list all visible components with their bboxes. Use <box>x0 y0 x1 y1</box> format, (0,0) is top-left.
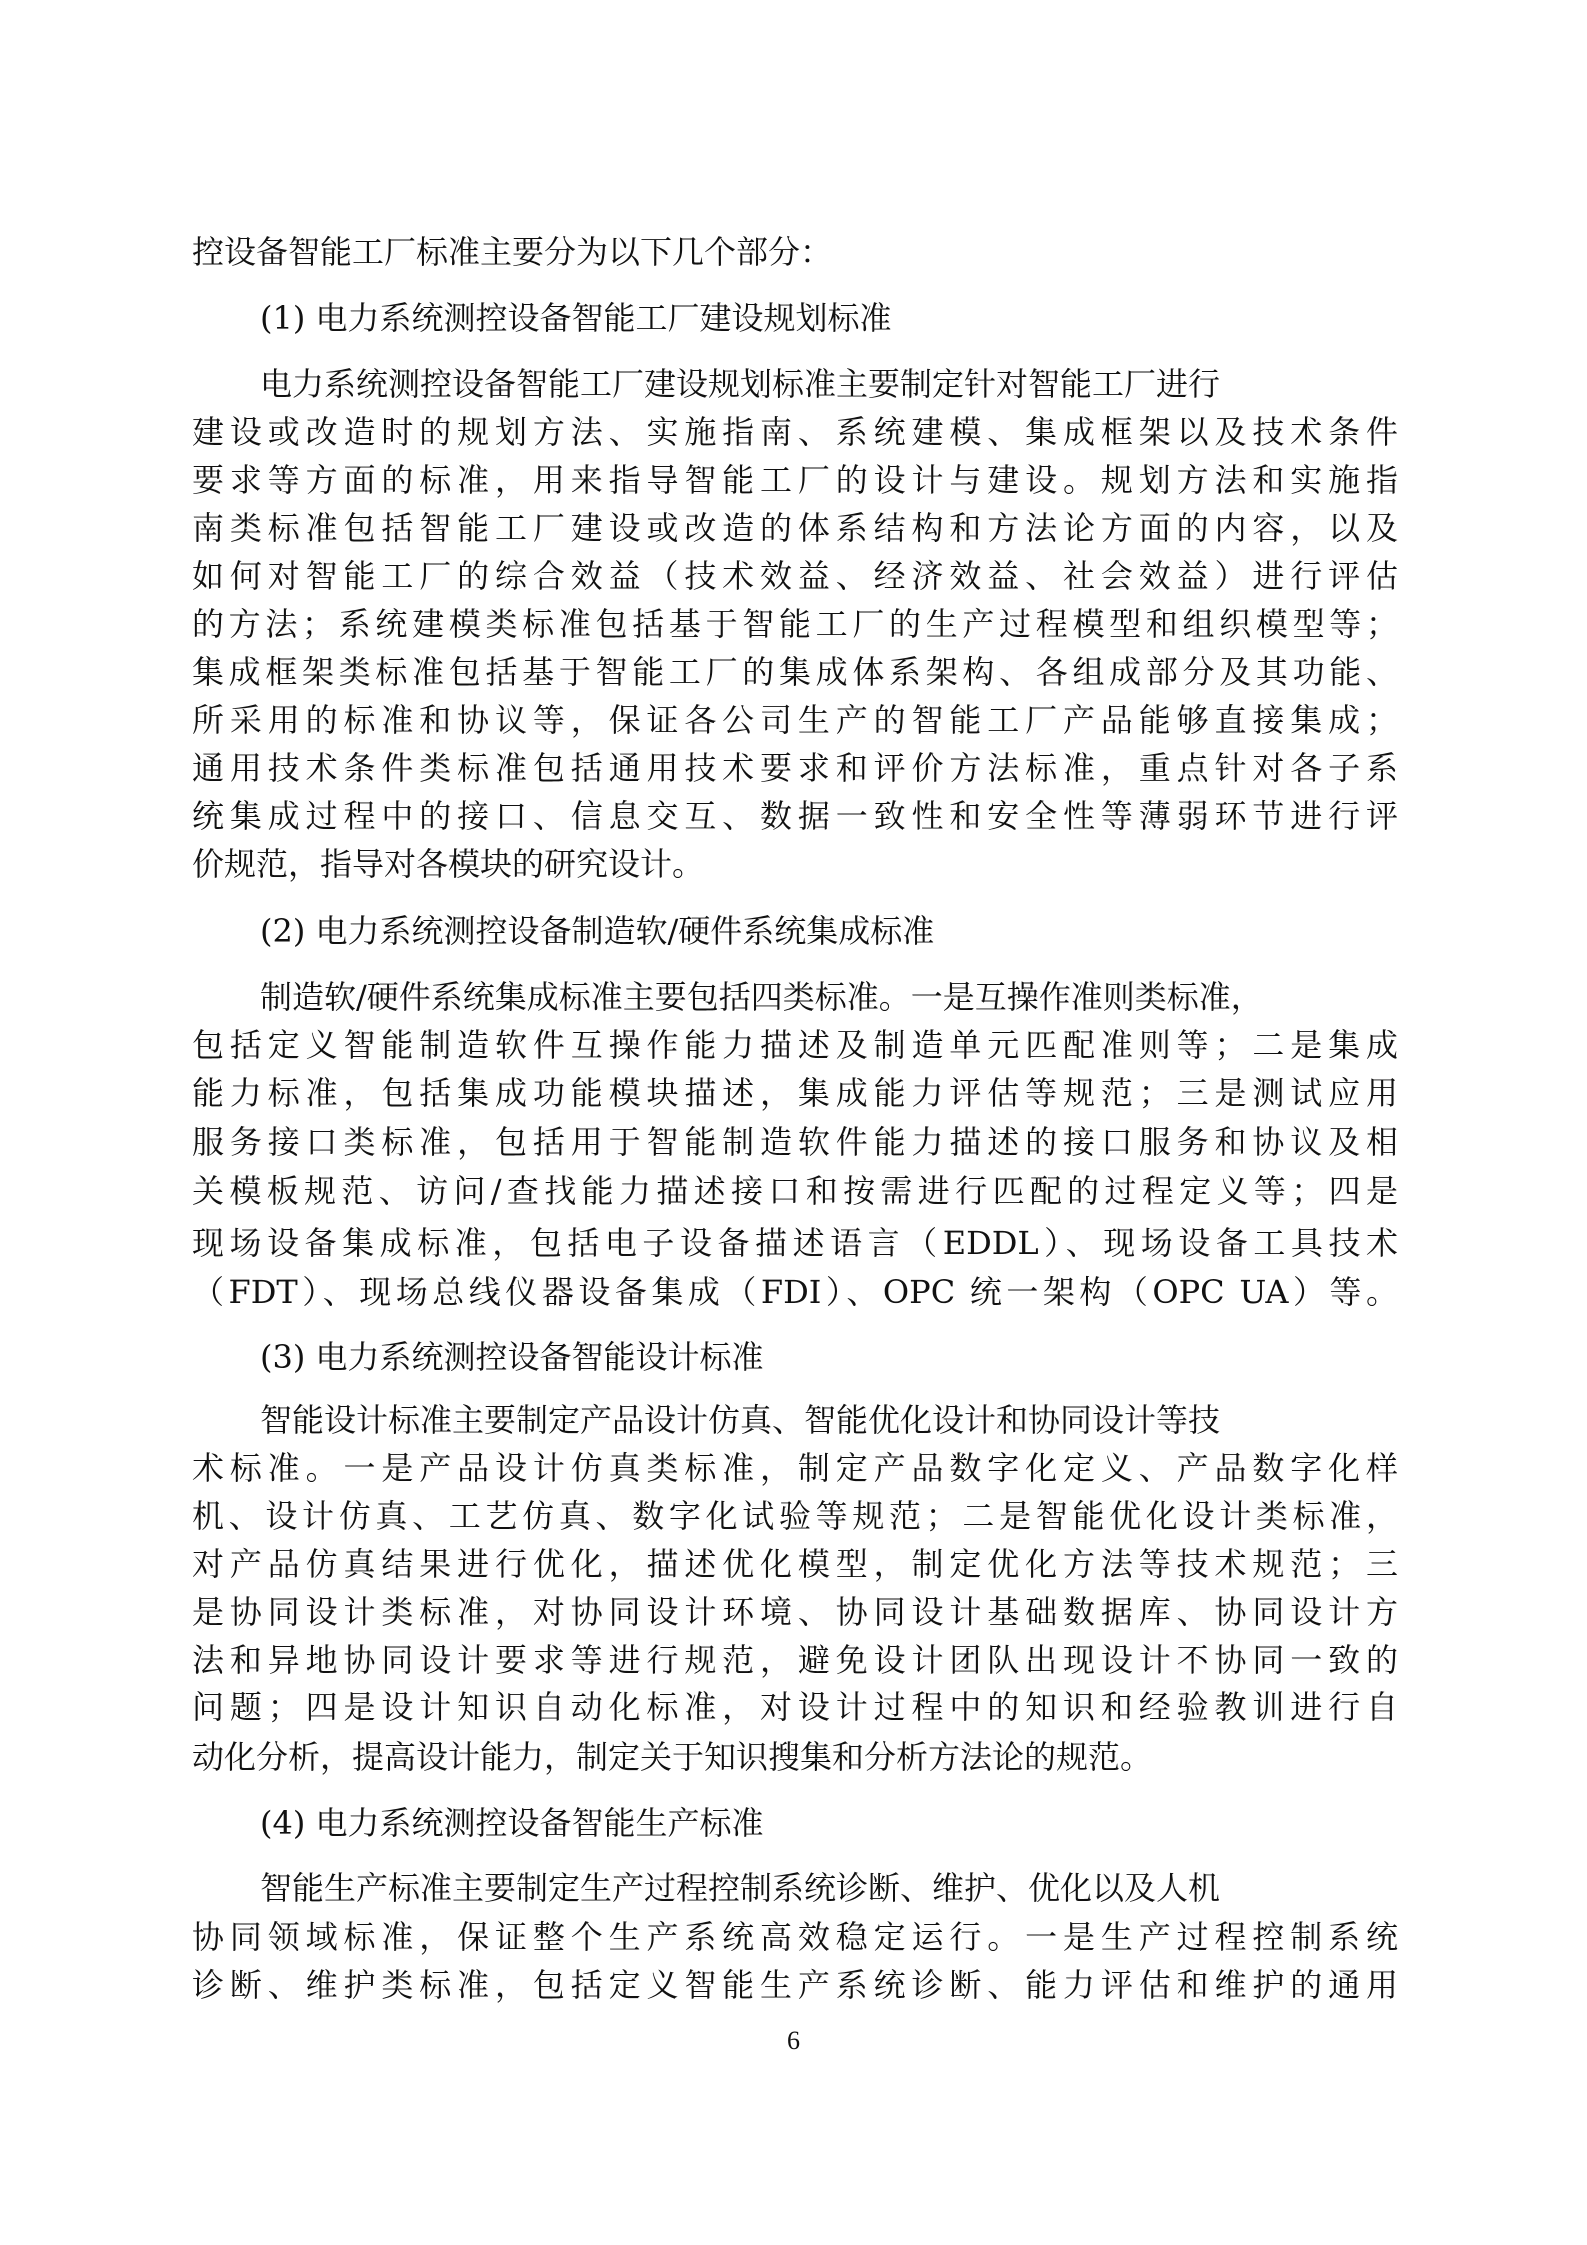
text-line: 问题；四是设计知识自动化标准，对设计过程中的知识和经验教训进行自 <box>192 1683 1398 1731</box>
text-line: 集成框架类标准包括基于智能工厂的集成体系架构、各组成部分及其功能、 <box>192 648 1398 696</box>
text-line: 协同领域标准，保证整个生产系统高效稳定运行。一是生产过程控制系统 <box>192 1913 1398 1961</box>
text-line: 智能生产标准主要制定生产过程控制系统诊断、维护、优化以及人机 <box>260 1864 1398 1912</box>
text-line: 关模板规范、访问/查找能力描述接口和按需进行匹配的过程定义等；四是 <box>192 1167 1398 1215</box>
text-line: 控设备智能工厂标准主要分为以下几个部分： <box>192 228 832 276</box>
text-line: 通用技术条件类标准包括通用技术要求和评价方法标准，重点针对各子系 <box>192 744 1398 792</box>
document-page: 控设备智能工厂标准主要分为以下几个部分：(1) 电力系统测控设备智能工厂建设规划… <box>0 0 1587 2245</box>
text-line: 统集成过程中的接口、信息交互、数据一致性和安全性等薄弱环节进行评 <box>192 792 1398 840</box>
text-line: 制造软/硬件系统集成标准主要包括四类标准。一是互操作准则类标准， <box>260 973 1398 1021</box>
text-line: 的方法；系统建模类标准包括基于智能工厂的生产过程模型和组织模型等； <box>192 600 1398 648</box>
section-heading: (2) 电力系统测控设备制造软/硬件系统集成标准 <box>260 907 934 955</box>
text-line: 法和异地协同设计要求等进行规范，避免设计团队出现设计不协同一致的 <box>192 1636 1398 1684</box>
text-line: 能力标准，包括集成功能模块描述，集成能力评估等规范；三是测试应用 <box>192 1069 1398 1117</box>
text-line: 要求等方面的标准，用来指导智能工厂的设计与建设。规划方法和实施指 <box>192 456 1398 504</box>
section-heading: (3) 电力系统测控设备智能设计标准 <box>260 1333 764 1381</box>
text-line: 机、设计仿真、工艺仿真、数字化试验等规范；二是智能优化设计类标准， <box>192 1492 1398 1540</box>
text-line: 是协同设计类标准，对协同设计环境、协同设计基础数据库、协同设计方 <box>192 1588 1398 1636</box>
text-line: 建设或改造时的规划方法、实施指南、系统建模、集成框架以及技术条件 <box>192 408 1398 456</box>
text-line: 智能设计标准主要制定产品设计仿真、智能优化设计和协同设计等技 <box>260 1396 1398 1444</box>
section-heading: (1) 电力系统测控设备智能工厂建设规划标准 <box>260 294 892 342</box>
text-line: 价规范，指导对各模块的研究设计。 <box>192 840 704 888</box>
text-line: 电力系统测控设备智能工厂建设规划标准主要制定针对智能工厂进行 <box>260 360 1398 408</box>
text-line: 南类标准包括智能工厂建设或改造的体系结构和方法论方面的内容，以及 <box>192 504 1398 552</box>
text-line: 包括定义智能制造软件互操作能力描述及制造单元匹配准则等；二是集成 <box>192 1021 1398 1069</box>
page-number: 6 <box>0 2026 1587 2056</box>
text-line: 所采用的标准和协议等，保证各公司生产的智能工厂产品能够直接集成； <box>192 696 1398 744</box>
text-line: 诊断、维护类标准，包括定义智能生产系统诊断、能力评估和维护的通用 <box>192 1961 1398 2009</box>
text-line: （FDT）、现场总线仪器设备集成（FDI）、OPC 统一架构（OPC UA）等。 <box>192 1268 1398 1316</box>
text-line: 如何对智能工厂的综合效益（技术效益、经济效益、社会效益）进行评估 <box>192 552 1398 600</box>
text-line: 动化分析，提高设计能力，制定关于知识搜集和分析方法论的规范。 <box>192 1733 1152 1781</box>
text-line: 对产品仿真结果进行优化，描述优化模型，制定优化方法等技术规范；三 <box>192 1540 1398 1588</box>
text-line: 现场设备集成标准，包括电子设备描述语言（EDDL）、现场设备工具技术 <box>192 1219 1398 1267</box>
text-line: 服务接口类标准，包括用于智能制造软件能力描述的接口服务和协议及相 <box>192 1118 1398 1166</box>
section-heading: (4) 电力系统测控设备智能生产标准 <box>260 1799 764 1847</box>
text-line: 术标准。一是产品设计仿真类标准，制定产品数字化定义、产品数字化样 <box>192 1444 1398 1492</box>
